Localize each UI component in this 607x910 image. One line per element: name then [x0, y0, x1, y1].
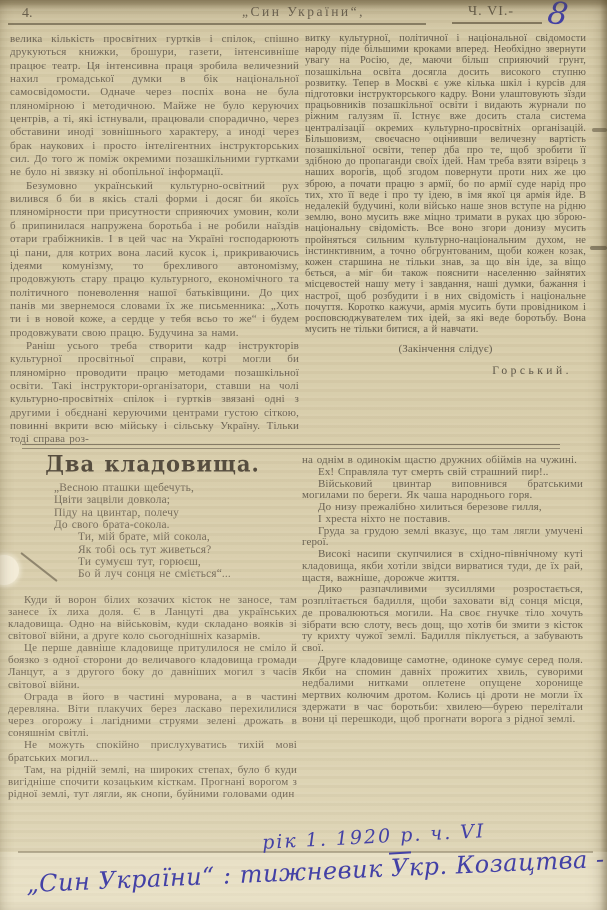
paragraph: Дико разпачливими зусиллями розростаєтьс… — [302, 584, 583, 655]
poem-line: Як тобі ось тут живеться? — [78, 544, 297, 556]
paragraph: на однім в одинокім щастю дружних обіймі… — [302, 455, 583, 467]
paragraph: Груда за грудою землі вказує, що там ляг… — [302, 526, 583, 550]
author-signature: Горський. — [305, 366, 572, 377]
paragraph: Куди й ворон білих козачих кісток не зан… — [8, 594, 297, 643]
to-be-continued-note: (Закінчення слідує) — [305, 344, 586, 355]
article2-left-column: Два кладовища. „Весною пташки щебечуть, … — [8, 458, 297, 800]
paragraph: Безумовно український культурно-освітний… — [10, 180, 299, 340]
paragraph: Там, на рідній землі, на широких степах,… — [8, 764, 297, 800]
article1-right-column: витку культурної, політичної і національ… — [305, 33, 586, 377]
article2-right-column: на однім в одинокім щастю дружних обіймі… — [302, 455, 583, 725]
paragraph: Раніш усього треба створити кадр інструк… — [10, 340, 299, 447]
paragraph: І хреста ніхто не поставив. — [302, 514, 583, 526]
scan-light-band-bottom — [0, 852, 607, 910]
header-rule — [8, 23, 426, 25]
paragraph: велика кількість просвітних гуртків і сп… — [10, 33, 299, 180]
handwritten-underline — [389, 851, 411, 854]
article-title: Два кладовища. — [8, 458, 297, 471]
paragraph: Ех! Справляла тут смерть свій страшний п… — [302, 467, 583, 479]
paragraph: Не можуть спокійно прислухуватись тихій … — [8, 739, 297, 763]
scan-mark-right-1 — [592, 128, 607, 132]
poem-line: „Весною пташки щебечуть, — [54, 482, 297, 494]
handwritten-issue-note: рік 1. 1920 р. ч. VI — [262, 820, 486, 854]
article1-left-column: велика кількість просвітних гуртків і сп… — [10, 33, 299, 447]
poem-line: Ти, мій брате, мій сокола, — [78, 531, 297, 543]
scan-mark-right-2 — [590, 246, 607, 250]
paragraph: Друге кладовище самотне, одиноке сумує с… — [302, 655, 583, 726]
poem-line: Цвіти зацвіли довкола; — [54, 494, 297, 506]
paragraph: До низу прежалібно хилиться березове гил… — [302, 502, 583, 514]
poem-epigraph: „Весною пташки щебечуть, Цвіти зацвіли д… — [54, 482, 297, 580]
scan-shadow-right-edge — [600, 0, 607, 910]
faint-rule-bottom — [18, 851, 593, 853]
issue-underline — [452, 22, 542, 24]
paragraph: Це перше давніше кладовище притулилося н… — [8, 642, 297, 691]
poem-line: Ти сумуєш тут, горюєш, — [78, 556, 297, 568]
paragraph: Високі насипи скупчилися в східно-північ… — [302, 549, 583, 584]
issue-number: Ч. VI.- — [468, 4, 514, 20]
paragraph: витку культурної, політичної і національ… — [305, 33, 586, 335]
poem-line: Піду на цвинтар, полечу — [54, 507, 297, 519]
poem-line: До свого брата-сокола. — [54, 519, 297, 531]
poem-line: Бо й луч сонця не сміється“... — [78, 568, 297, 580]
section-divider-rule — [22, 444, 560, 449]
paragraph: Ограда в його в частині мурована, а в ча… — [8, 691, 297, 740]
paragraph: Військовий цвинтар виповнився братськими… — [302, 479, 583, 503]
masthead-title: „Син України“, — [0, 4, 607, 20]
newspaper-page-scan: 4. „Син України“, Ч. VI.- 8 велика кільк… — [0, 0, 607, 910]
handwritten-source-note: „Син України“ : тижневик Укр. Козацтва -… — [26, 846, 587, 898]
